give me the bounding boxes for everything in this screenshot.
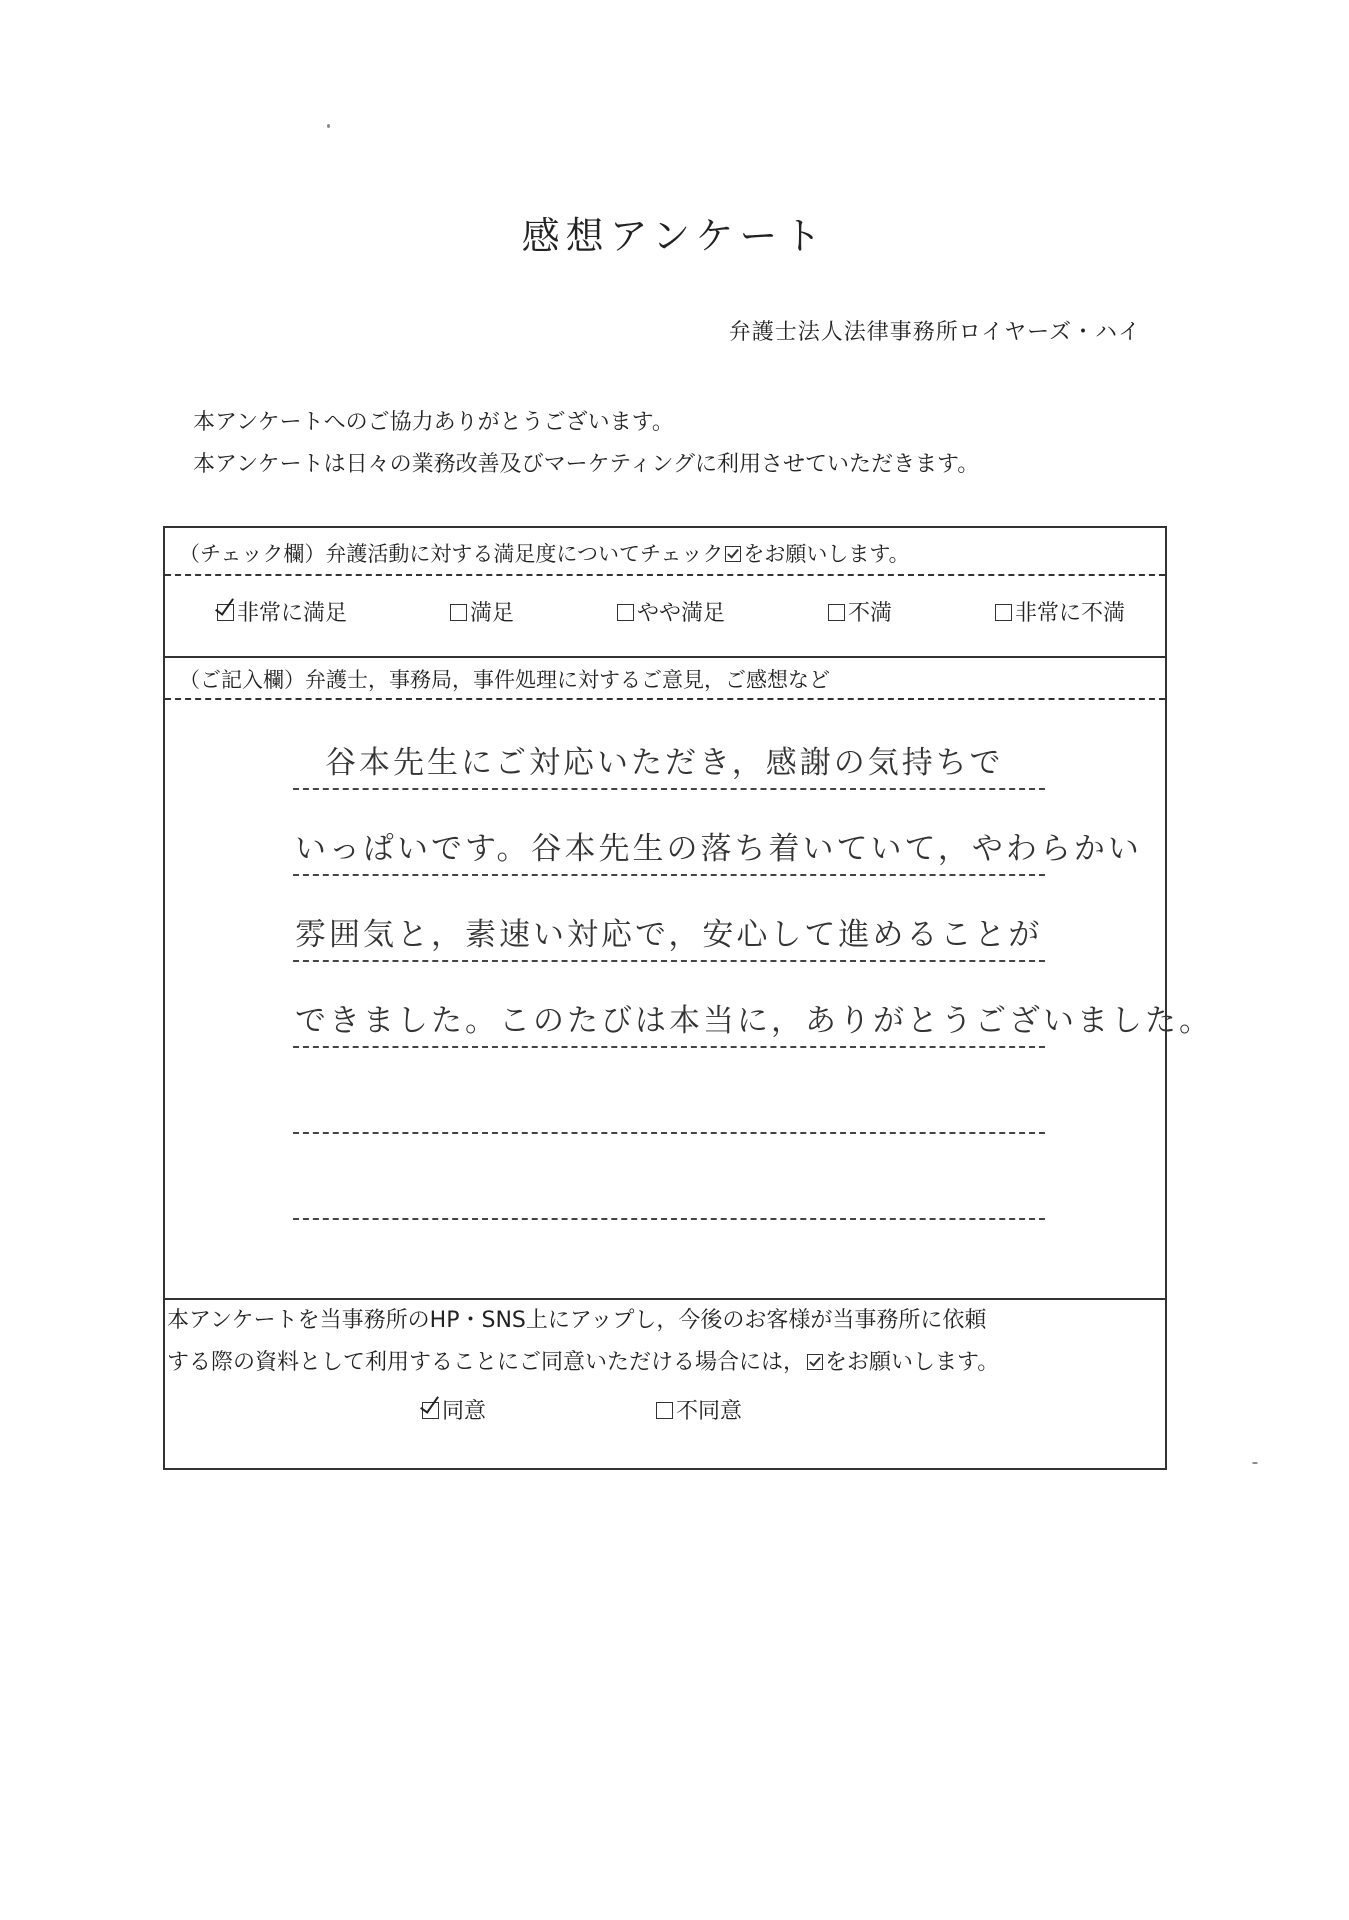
option-agree[interactable]: 同意 — [422, 1394, 486, 1425]
intro-line-2: 本アンケートは日々の業務改善及びマーケティングに利用させていただきます。 — [193, 444, 979, 486]
checkbox-icon[interactable] — [617, 604, 634, 621]
scan-speck — [1252, 1462, 1258, 1464]
satisfaction-heading: （チェック欄）弁護活動に対する満足度についてチェックをお願いします。 — [179, 538, 910, 568]
intro-text: 本アンケートへのご協力ありがとうございます。 本アンケートは日々の業務改善及びマ… — [193, 402, 979, 486]
option-dissatisfied[interactable]: 不満 — [828, 596, 892, 627]
checkbox-checked-icon[interactable] — [422, 1402, 439, 1419]
option-disagree[interactable]: 不同意 — [656, 1394, 742, 1425]
consent-line-2: する際の資料として利用することにご同意いただける場合には，をお願いします。 — [167, 1342, 999, 1384]
scan-speck — [327, 124, 330, 128]
checkbox-example-icon — [725, 546, 741, 562]
intro-line-1: 本アンケートへのご協力ありがとうございます。 — [193, 402, 979, 444]
checkbox-checked-icon[interactable] — [217, 604, 234, 621]
checkbox-example-icon — [807, 1354, 823, 1370]
comment-line: 谷本先生にご対応いただき，感謝の気持ちで — [293, 704, 1045, 790]
organization-name: 弁護士法人法律事務所ロイヤーズ・ハイ — [729, 315, 1141, 346]
checkbox-icon[interactable] — [450, 604, 467, 621]
checkbox-icon[interactable] — [995, 604, 1012, 621]
option-very-satisfied[interactable]: 非常に満足 — [217, 596, 347, 627]
consent-text: 本アンケートを当事務所のHP・SNS上にアップし，今後のお客様が当事務所に依頼 … — [165, 1300, 999, 1384]
comment-line — [293, 1048, 1045, 1134]
comment-line: いっぱいです。谷本先生の落ち着いていて，やわらかい — [293, 790, 1045, 876]
survey-form: （チェック欄）弁護活動に対する満足度についてチェックをお願いします。 非常に満足… — [163, 526, 1167, 1470]
comments-heading: （ご記入欄）弁護士，事務局，事件処理に対するご意見，ご感想など — [179, 664, 830, 694]
consent-line-1: 本アンケートを当事務所のHP・SNS上にアップし，今後のお客様が当事務所に依頼 — [167, 1300, 999, 1342]
divider-dashed — [165, 698, 1165, 700]
divider-solid — [165, 656, 1165, 658]
option-very-dissatisfied[interactable]: 非常に不満 — [995, 596, 1125, 627]
option-somewhat-satisfied[interactable]: やや満足 — [617, 596, 725, 627]
option-satisfied[interactable]: 満足 — [450, 596, 514, 627]
comment-line — [293, 1134, 1045, 1220]
satisfaction-options: 非常に満足 満足 やや満足 不満 非常に不満 — [217, 596, 1125, 627]
comment-line: 雰囲気と，素速い対応で，安心して進めることが — [293, 876, 1045, 962]
comment-line: できました。このたびは本当に，ありがとうございました。 — [293, 962, 1045, 1048]
comments-area[interactable]: 谷本先生にご対応いただき，感謝の気持ちで いっぱいです。谷本先生の落ち着いていて… — [293, 704, 1045, 1220]
divider-dashed — [165, 574, 1165, 576]
survey-title: 感想アンケート — [0, 205, 1349, 260]
checkbox-icon[interactable] — [656, 1402, 673, 1419]
consent-options: 同意 不同意 — [422, 1394, 742, 1425]
checkbox-icon[interactable] — [828, 604, 845, 621]
